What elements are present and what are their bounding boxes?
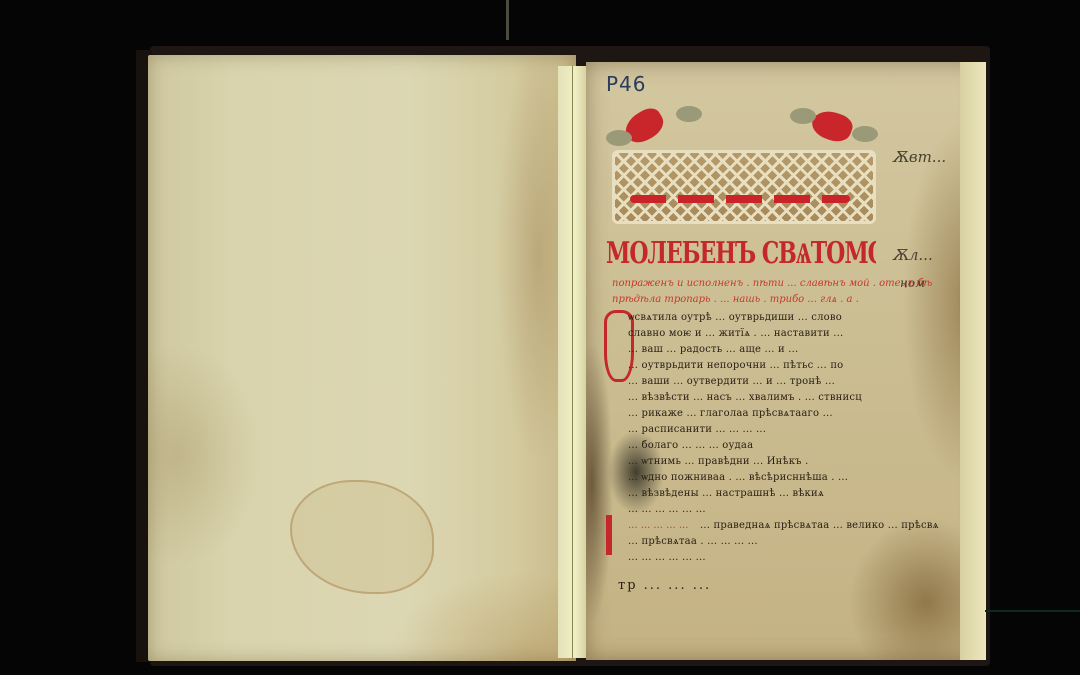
text-line: ... ѡтнимь ... правѣдни ... Инѣкъ . [628,456,808,467]
fore-edge [960,62,986,660]
rubric-line: попраженъ и исполненъ . пѣти ... славѣнъ… [612,278,932,289]
text-line: ... ... ... ... ... ... [628,504,706,515]
margin-note: Ѫвт... [892,148,946,166]
bottom-inscription: тр ... ... ... [618,578,711,593]
text-line: ... расписанити ... ... ... ... [628,424,766,435]
text-line: славно моѥ и ... житїѧ . ... наставити .… [628,328,843,339]
manuscript-title: МОЛЕБЕНЪ СВѦТОМОУ ТАВОР... [606,236,876,271]
text-line: ... ... ... ... ... ... [628,552,706,563]
margin-note: ном [900,276,925,290]
margin-note: Ѫл... [892,246,933,264]
text-line: ѡсвѧтила оутрѣ ... оутврьдиши ... слово [628,312,842,323]
text-line: ... оутврьдити непорочни ... пѣтьс ... п… [628,360,843,371]
folio-mark: P46 [606,72,647,96]
text-line: ... ваш ... радость ... аще ... и ... [628,344,798,355]
text-line: ... ѡдно пожниваа . ... вѣсѣрисннѣша . .… [628,472,848,483]
text-line: ... ваши ... оутвердити ... и ... тронѣ … [628,376,835,387]
text-line: ... вѣзвѣсти ... насъ ... хвалимъ . ... … [628,392,862,403]
background-edge [985,610,1080,612]
headpiece-leaf-icon [852,126,878,142]
interlace-headpiece [612,150,876,224]
gutter-fold-line [572,66,573,658]
interlace-red-band [630,195,850,203]
rubric-closing: ... ... ... ... ... [628,520,688,531]
text-line: ... вѣзвѣдены ... настрашнѣ ... вѣкиѧ [628,488,824,499]
text-line: ... рикаже ... глаголаа прѣсвѧтааго ... [628,408,833,419]
headpiece-leaf-icon [676,106,702,122]
rubric-line: прѣдѣла тропарь . ... нашь . трибо ... г… [612,294,859,305]
headpiece-leaf-icon [606,130,632,146]
binding-thread [506,0,509,40]
text-line: ... болаго ... ... ... оудаа [628,440,753,451]
text-line: ... праведнаѧ прѣсвѧтаа ... велико ... п… [700,520,939,531]
headpiece-leaf-icon [790,108,816,124]
red-initial [606,515,612,555]
text-line: ... прѣсвѧтаа . ... ... ... ... [628,536,758,547]
